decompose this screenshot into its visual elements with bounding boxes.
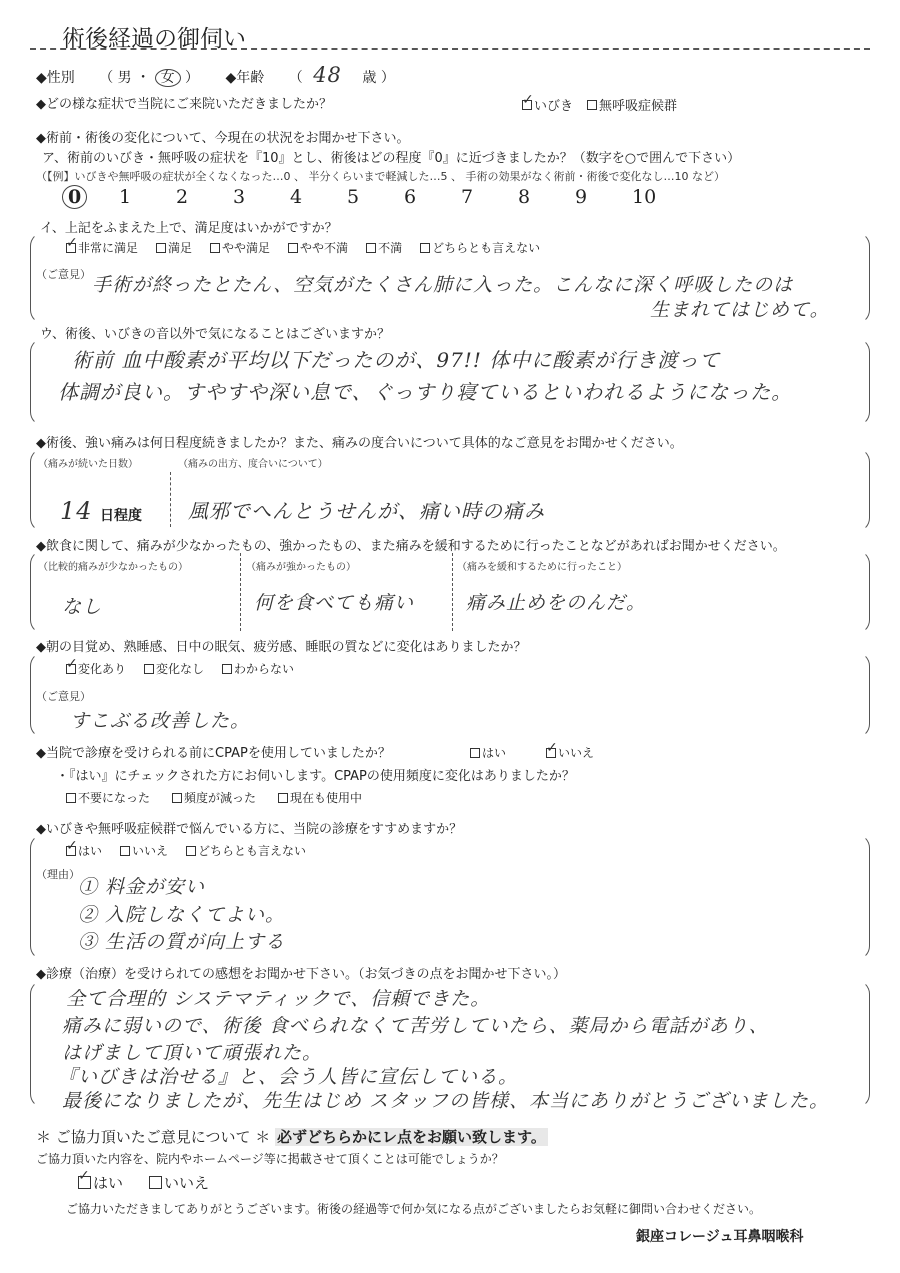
checkbox-checked-icon: [522, 100, 532, 110]
food-col1-label: （比較的痛みが少なかったもの）: [38, 558, 188, 573]
option-apnea[interactable]: 無呼吸症候群: [587, 95, 677, 114]
cpap-options: はい いいえ: [470, 744, 594, 761]
option-recommend-yes[interactable]: はい: [66, 842, 102, 859]
pain-days-label: （痛みが続いた日数）: [38, 455, 138, 470]
pain-degree-label: （痛みの出方、度合いについて）: [178, 455, 328, 470]
checkbox-icon: [149, 1176, 162, 1189]
thanks-text: ご協力いただきましてありがとうございます。術後の経過等で何か気になる点がございま…: [66, 1200, 761, 1217]
checkbox-icon: [186, 846, 196, 856]
satisfaction-opinion-label: （ご意見）: [36, 266, 91, 282]
option-recommend-neither[interactable]: どちらとも言えない: [186, 842, 306, 859]
age-label: ◆年齢: [226, 70, 265, 86]
option-unknown[interactable]: わからない: [222, 660, 294, 677]
symptom-options: いびき 無呼吸症候群: [522, 95, 677, 114]
option-still-using[interactable]: 現在も使用中: [278, 789, 362, 806]
recommend-options: はい いいえ どちらとも言えない: [66, 842, 306, 859]
pain-degree-answer[interactable]: 風邪でへんとうせんが、痛い時の痛み: [188, 495, 545, 524]
option-very-satisfied[interactable]: 非常に満足: [66, 239, 138, 256]
checkbox-checked-icon: [78, 1176, 91, 1189]
scale-6[interactable]: 6: [404, 186, 461, 208]
option-cpap-yes[interactable]: はい: [470, 744, 506, 761]
cpap-sub-question: ・『はい』にチェックされた方にお伺いします。CPAPの使用頻度に変化はありました…: [56, 765, 575, 784]
reason-1[interactable]: ① 料金が安い: [78, 872, 205, 899]
impression-line-1[interactable]: 全て合理的 システマティックで、信頼できた。: [66, 984, 490, 1011]
gender-selected[interactable]: 女: [155, 69, 181, 87]
other-answer-line1[interactable]: 術前 血中酸素が平均以下だったのが、97!! 体中に酸素が行き渡って: [72, 344, 720, 373]
option-neither[interactable]: どちらとも言えない: [420, 239, 540, 256]
food-col3-label: （痛みを緩和するために行ったこと）: [457, 558, 627, 573]
option-somewhat-satisfied[interactable]: やや満足: [210, 239, 270, 256]
checkbox-icon: [172, 793, 182, 803]
sleep-answer[interactable]: すこぶる改善した。: [70, 706, 250, 733]
reason-3[interactable]: ③ 生活の質が向上する: [78, 927, 285, 954]
age-value[interactable]: 48: [313, 63, 342, 87]
cooperation-heading: ＊ ご協力頂いたご意見について ＊ 必ずどちらかにレ点をお願い致します。: [36, 1126, 548, 1147]
option-changed[interactable]: 変化あり: [66, 660, 126, 677]
gender-age-row: ◆性別 （ 男 ・ 女 ） ◆年齢 （ 48 歳 ）: [36, 63, 395, 87]
checkbox-icon: [366, 243, 376, 253]
gender-open: （ 男 ・: [99, 70, 150, 86]
checkbox-icon: [278, 793, 288, 803]
checkbox-icon: [470, 748, 480, 758]
change-question: ◆術前・術後の変化について、今現在の状況をお聞かせ下さい。: [36, 127, 409, 146]
gender-close: ）: [185, 70, 199, 86]
checkbox-icon: [120, 846, 130, 856]
reason-2[interactable]: ② 入院しなくてよい。: [78, 900, 285, 927]
publish-question: ご協力頂いた内容を、院内やホームページ等に掲載させて頂くことは可能でしょうか？: [36, 1150, 504, 1167]
cpap-sub-options: 不要になった 頻度が減った 現在も使用中: [66, 789, 362, 806]
option-no-change[interactable]: 変化なし: [144, 660, 204, 677]
checkbox-icon: [222, 664, 232, 674]
cooperation-bold: 必ずどちらかにレ点をお願い致します。: [275, 1128, 548, 1146]
food-col2-label: （痛みが強かったもの）: [246, 558, 356, 573]
other-answer-line2[interactable]: 体調が良い。すやすや深い息で、ぐっすり寝ているといわれるようになった。: [58, 376, 792, 405]
satisfaction-answer-line1[interactable]: 手術が終ったとたん、空気がたくさん肺に入った。こんなに深く呼吸したのは: [92, 270, 793, 297]
pain-days-value[interactable]: 14: [60, 497, 93, 525]
satisfaction-options: 非常に満足 満足 やや満足 やや不満 不満 どちらとも言えない: [66, 239, 540, 256]
age-open: （: [289, 70, 303, 86]
option-somewhat-dissatisfied[interactable]: やや不満: [288, 239, 348, 256]
option-publish-no[interactable]: いいえ: [149, 1172, 209, 1193]
impression-line-5[interactable]: 最後になりましたが、先生はじめ スタッフの皆様、本当にありがとうございました。: [62, 1086, 829, 1113]
clinic-name: 銀座コレージュ耳鼻咽喉科: [636, 1226, 803, 1246]
option-reduced[interactable]: 頻度が減った: [172, 789, 256, 806]
scale-7[interactable]: 7: [461, 186, 518, 208]
satisfaction-answer-line2[interactable]: 生まれてはじめて。: [650, 295, 830, 322]
impression-line-4[interactable]: 『いびきは治せる』と、会う人皆に宣伝している。: [58, 1062, 518, 1089]
checkbox-checked-icon: [66, 664, 76, 674]
checkbox-icon: [210, 243, 220, 253]
checkbox-icon: [156, 243, 166, 253]
pain-days-unit: 日程度: [100, 505, 142, 525]
scale-2[interactable]: 2: [176, 186, 233, 208]
cpap-question: ◆当院で診療を受けられる前にCPAPを使用していましたか？: [36, 742, 391, 761]
food-col1-answer[interactable]: なし: [62, 592, 102, 619]
food-divider-2: [452, 553, 453, 631]
checkbox-icon: [288, 243, 298, 253]
checkbox-icon: [420, 243, 430, 253]
gender-label: ◆性別: [36, 70, 75, 86]
option-publish-yes[interactable]: はい: [78, 1172, 123, 1193]
scale-9[interactable]: 9: [575, 186, 632, 208]
checkbox-icon: [144, 664, 154, 674]
scale-5[interactable]: 5: [347, 186, 404, 208]
checkbox-checked-icon: [66, 846, 76, 856]
impression-line-3[interactable]: はげまして頂いて頑張れた。: [62, 1038, 322, 1065]
change-example: （【例】いびきや無呼吸の症状が全くなくなった…0 、 半分くらいまで軽減した…5…: [36, 168, 725, 184]
checkbox-checked-icon: [546, 748, 556, 758]
scale-1[interactable]: 1: [119, 186, 176, 208]
impression-line-2[interactable]: 痛みに弱いので、術後 食べられなくて苦労していたら、薬局から電話があり、: [62, 1011, 769, 1038]
change-sub-a: ア、術前のいびき・無呼吸の症状を『10』とし、術後はどの程度『0』に近づきました…: [42, 147, 740, 166]
checkbox-icon: [66, 793, 76, 803]
scale-10[interactable]: 10: [632, 186, 689, 208]
scale-3[interactable]: 3: [233, 186, 290, 208]
title-divider: [30, 48, 870, 50]
change-scale: 0 1 2 3 4 5 6 7 8 9 10: [62, 186, 689, 208]
cooperation-prefix: ＊ ご協力頂いたご意見について ＊: [36, 1128, 270, 1146]
food-col2-answer[interactable]: 何を食べても痛い: [254, 588, 414, 615]
option-dissatisfied[interactable]: 不満: [366, 239, 402, 256]
option-cpap-no[interactable]: いいえ: [546, 744, 594, 761]
scale-4[interactable]: 4: [290, 186, 347, 208]
option-satisfied[interactable]: 満足: [156, 239, 192, 256]
publish-options: はい いいえ: [78, 1172, 209, 1193]
option-snoring[interactable]: いびき: [522, 95, 573, 114]
sleep-opinion-label: （ご意見）: [36, 688, 91, 704]
scale-8[interactable]: 8: [518, 186, 575, 208]
sleep-options: 変化あり 変化なし わからない: [66, 660, 294, 677]
option-recommend-no[interactable]: いいえ: [120, 842, 168, 859]
age-unit: 歳 ）: [362, 70, 394, 86]
food-col3-answer[interactable]: 痛み止めをのんだ。: [466, 588, 646, 615]
scale-0[interactable]: 0: [62, 186, 119, 208]
food-divider-1: [240, 553, 241, 631]
pain-divider: [170, 472, 171, 527]
checkbox-icon: [587, 100, 597, 110]
option-not-needed[interactable]: 不要になった: [66, 789, 150, 806]
recommend-reason-label: （理由）: [36, 866, 80, 882]
symptom-question: ◆どの様な症状で当院にご来院いただきましたか？: [36, 93, 332, 112]
checkbox-checked-icon: [66, 243, 76, 253]
